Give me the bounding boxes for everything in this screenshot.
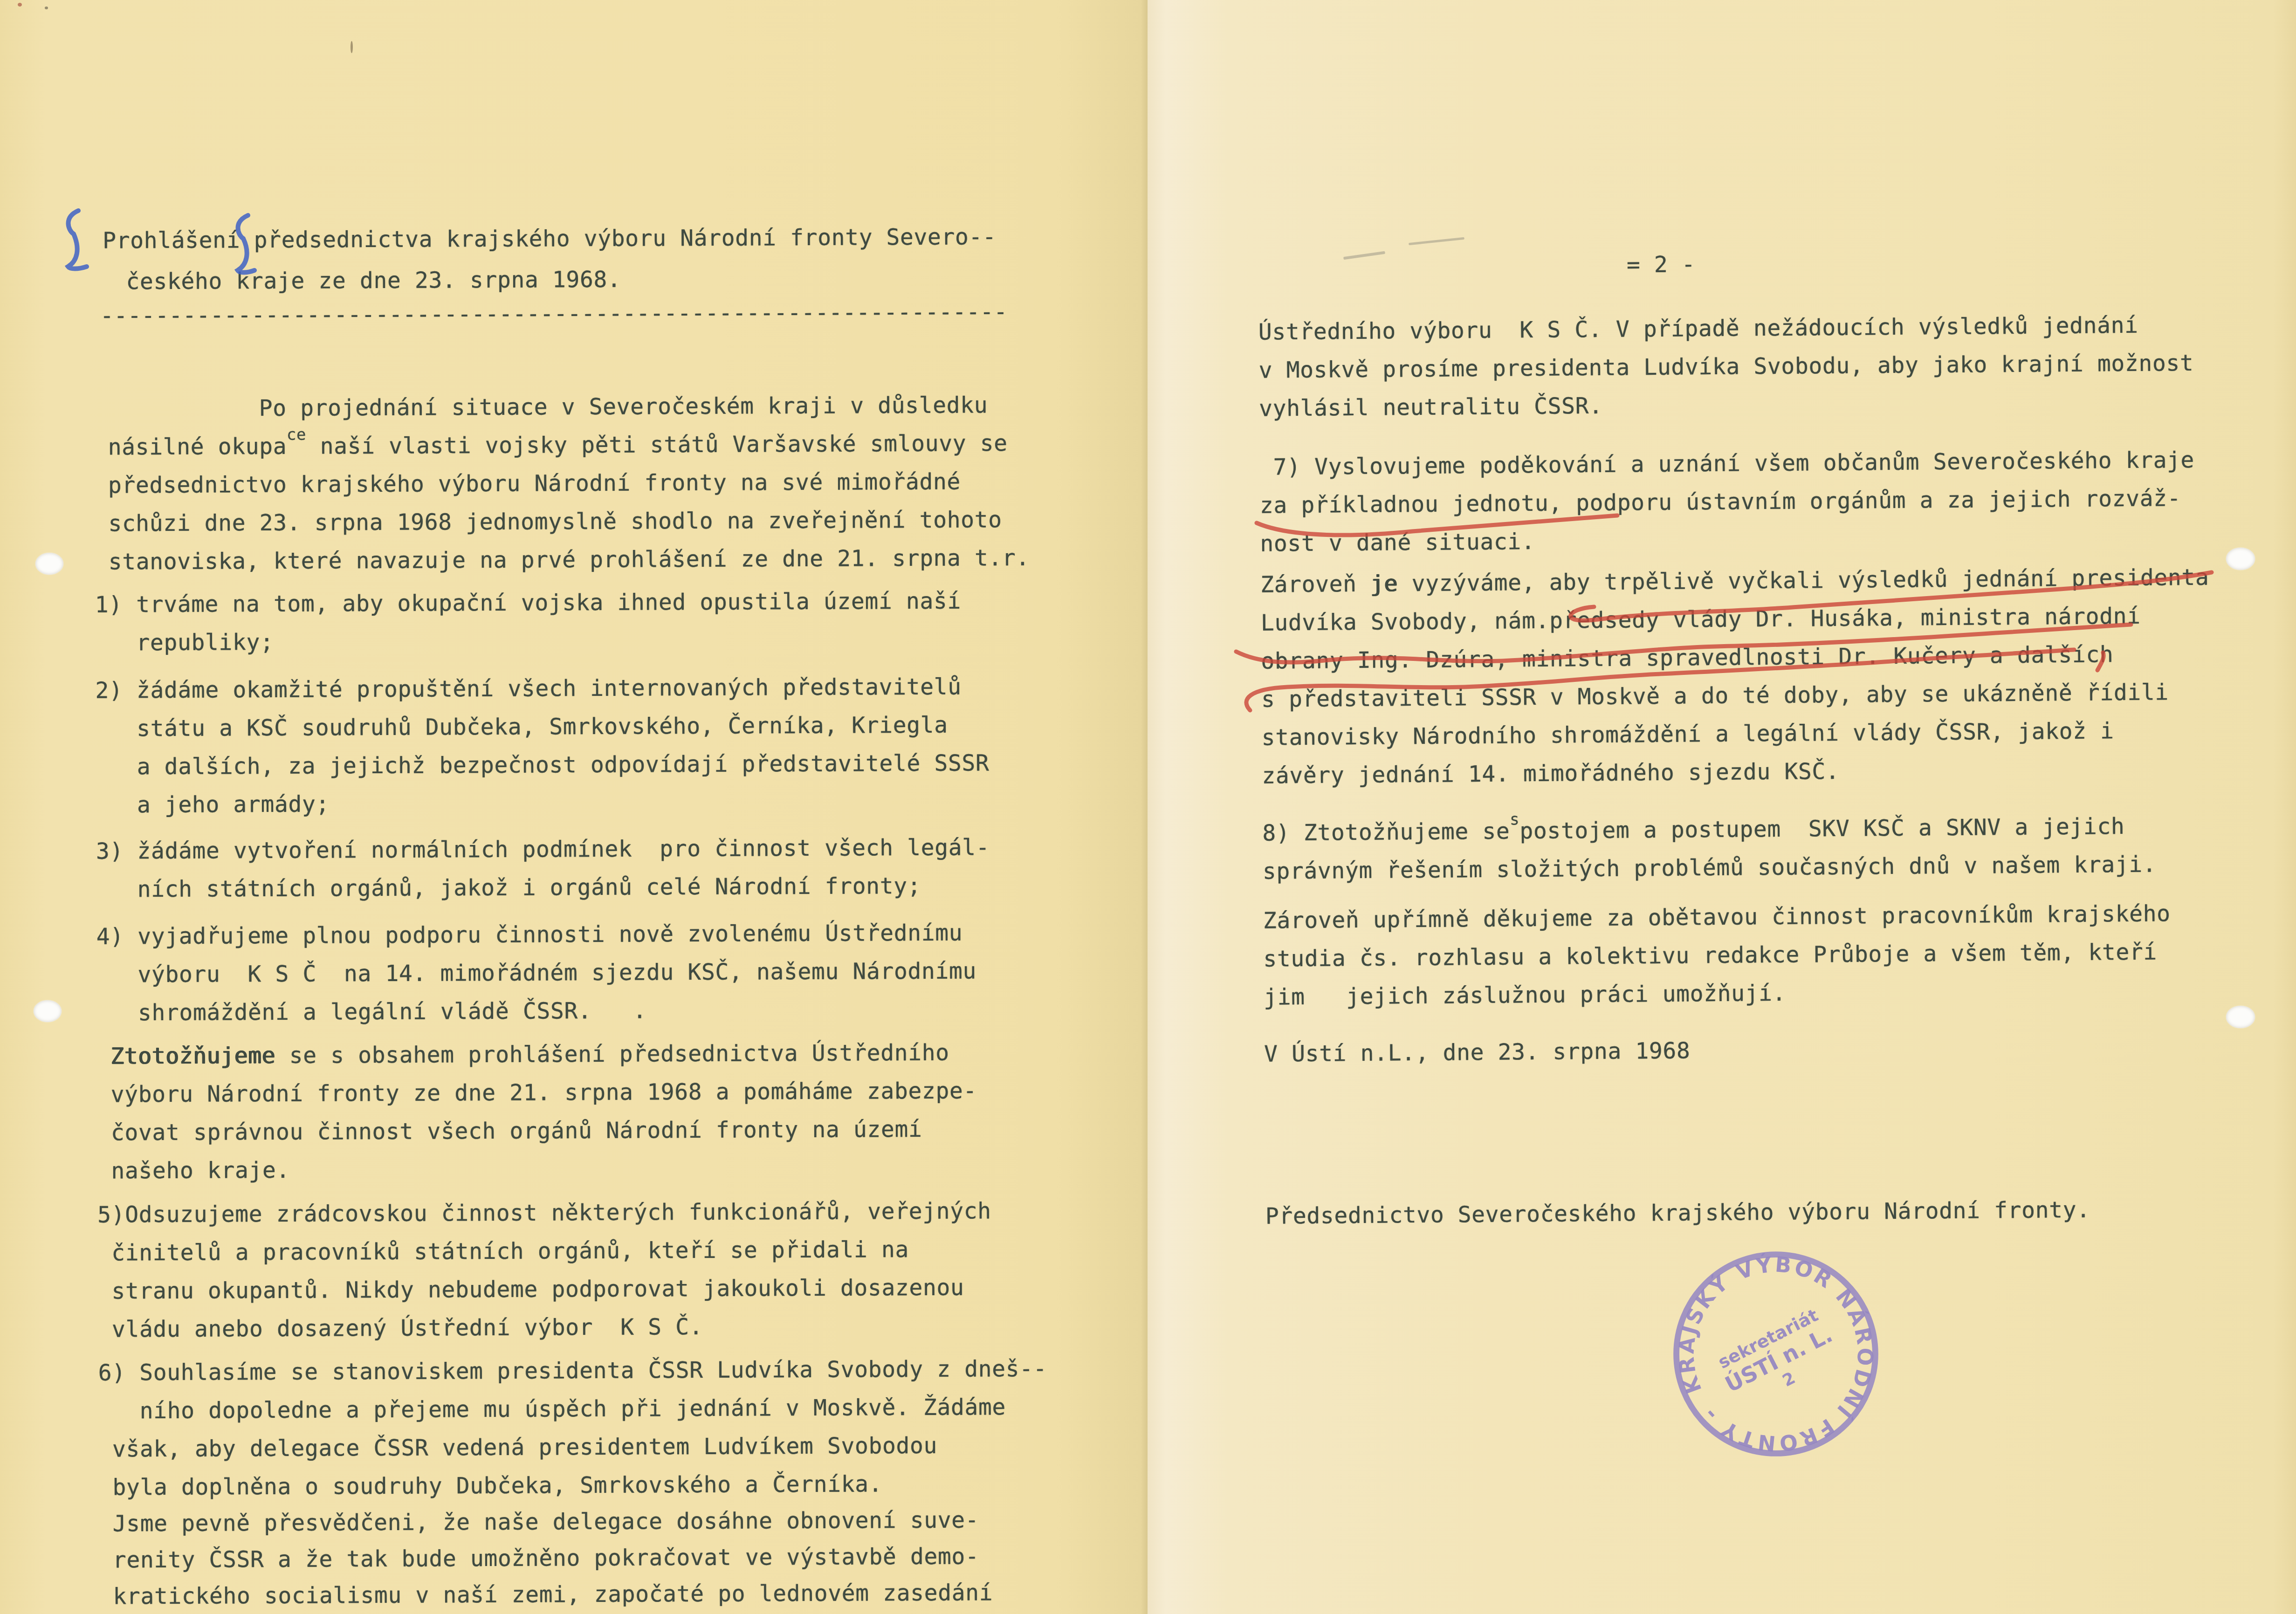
typed-line: státu a KSČ soudruhů Dubčeka, Smrkovskéh… <box>96 711 948 743</box>
typed-line: stanoviska, které navazuje na prvé prohl… <box>95 544 1030 576</box>
typed-line: 1) trváme na tom, aby okupační vojska ih… <box>95 587 961 619</box>
title-line: českého kraje ze dne 23. srpna 1968. <box>126 266 621 296</box>
typed-line: Ludvíka Svobody, nám.předsedy vlády Dr. … <box>1233 602 2141 637</box>
typed-line: však, aby delegace ČSSR vedená president… <box>98 1432 937 1463</box>
typed-line: čovat správnou činnost všech orgánů Náro… <box>97 1115 922 1147</box>
typed-line: republiky; <box>95 628 274 657</box>
typed-line: 2) žádáme okamžité propuštění všech inte… <box>95 673 962 705</box>
title-line: Prohlášení předsednictva krajského výbor… <box>103 223 997 254</box>
paper-speck <box>351 41 353 53</box>
typed-line: a dalších, za jejichž bezpečnost odpovíd… <box>96 749 990 781</box>
paper-speck <box>45 7 48 9</box>
typed-line: Ústředního výboru K S Č. V případě nežád… <box>1231 311 2138 346</box>
punch-hole <box>34 1000 62 1022</box>
scanned-document: { "document": { "kind": "typewritten dec… <box>0 0 2296 1614</box>
typed-line: Ztotožňujeme se s obsahem prohlášení pře… <box>97 1039 949 1071</box>
typed-line: v Moskvě prosíme presidenta Ludvíka Svob… <box>1231 349 2193 385</box>
document-page-1: Prohlášení předsednictva krajského výbor… <box>0 0 1148 1614</box>
typed-line: a jeho armády; <box>96 790 330 819</box>
typed-line: výboru K S Č na 14. mimořádném sjezdu KS… <box>96 957 976 989</box>
typed-line: byla doplněna o soudruhy Dubčeka, Smrkov… <box>99 1470 883 1501</box>
typed-line: schůzi dne 23. srpna 1968 jednomyslně sh… <box>95 506 1002 537</box>
date-line: V Ústí n.L., dne 23. srpna 1968 <box>1237 1037 1691 1068</box>
typed-line: nost v dané situaci. <box>1232 528 1535 558</box>
typed-line: 7) Vyslovujeme poděkování a uznání všem … <box>1232 446 2194 481</box>
typed-line: stanovisky Národního shromáždění a legál… <box>1234 717 2114 752</box>
typed-line: kratického socialismu v naší zemi, započ… <box>99 1579 993 1610</box>
typed-line: Zároveň upřímně děkujeme za obětavou čin… <box>1236 900 2171 935</box>
nf-committee-stamp: KRAJSKÝ VÝBOR NÁRODNÍ FRONTY - sekretari… <box>1661 1239 1891 1469</box>
typed-line: Jsme pevně přesvědčeni, že naše delegace… <box>99 1506 979 1538</box>
typed-line: závěry jednání 14. mimořádného sjezdu KS… <box>1234 757 1839 790</box>
typed-line: 6) Souhlasíme se stanoviskem presidenta … <box>98 1355 1047 1387</box>
typed-line: našeho kraje. <box>97 1156 290 1185</box>
typed-line: činitelů a pracovníků státních orgánů, k… <box>98 1236 909 1267</box>
page1-typed-text: Prohlášení předsednictva krajského výbor… <box>0 0 1154 1614</box>
typed-line: ního dopoledne a přejeme mu úspěch při j… <box>98 1393 1006 1425</box>
typed-line: studia čs. rozhlasu a kolektivu redakce … <box>1236 938 2157 974</box>
page-number: = 2 - <box>1627 250 1696 279</box>
punch-hole <box>2226 548 2255 570</box>
paper-speck <box>18 3 22 7</box>
typed-line: násilné okupace naší vlasti vojsky pěti … <box>94 429 1008 464</box>
typed-line: shromáždění a legální vládě ČSSR. . <box>96 996 646 1027</box>
typed-line: 3) žádáme vytvoření normálních podmínek … <box>96 833 990 865</box>
punch-hole <box>35 553 63 575</box>
typed-line: Zároveň je vyzýváme, aby trpělivě vyčkal… <box>1233 563 2209 599</box>
typed-line: 8) Ztotožňujeme sespostojem a postupem S… <box>1235 812 2124 850</box>
typed-line: 5)Odsuzujeme zrádcovskou činnost některý… <box>97 1197 991 1229</box>
typed-line: vládu anebo dosazený Ústřední výbor K S … <box>98 1313 703 1344</box>
typed-line: jim jejich záslužnou práci umožňují. <box>1236 979 1786 1011</box>
typed-line: správným řešením složitých problémů souč… <box>1235 851 2157 886</box>
typed-line: za příkladnou jednotu, podporu ústavním … <box>1232 484 2181 520</box>
punch-hole <box>2226 1006 2255 1028</box>
typed-line: ních státních orgánů, jakož i orgánů cel… <box>96 872 921 904</box>
signature-line: Předsednictvo Severočeského krajského vý… <box>1238 1196 2090 1230</box>
typed-line: vyhlásil neutralitu ČSSR. <box>1231 392 1603 423</box>
typed-line: stranu okupantů. Nikdy nebudeme podporov… <box>98 1274 964 1305</box>
stamp-center-text: 2 <box>1780 1368 1799 1391</box>
typed-line: předsednictvo krajského výboru Národní f… <box>94 468 961 500</box>
typed-line: s představiteli SSSR v Moskvě a do té do… <box>1234 678 2169 714</box>
typed-line: renity ČSSR a že tak bude umožněno pokra… <box>99 1542 979 1574</box>
typed-line: obrany Ing. Dzúra, ministra spravedlnost… <box>1233 640 2113 675</box>
typed-line: Po projednání situace v Severočeském kra… <box>94 391 988 423</box>
title-underline-rule: ----------------------------------------… <box>100 298 1008 330</box>
typed-line: výboru Národní fronty ze dne 21. srpna 1… <box>97 1077 977 1108</box>
typed-line: 4) vyjadřujeme plnou podporu činnosti no… <box>96 919 963 951</box>
